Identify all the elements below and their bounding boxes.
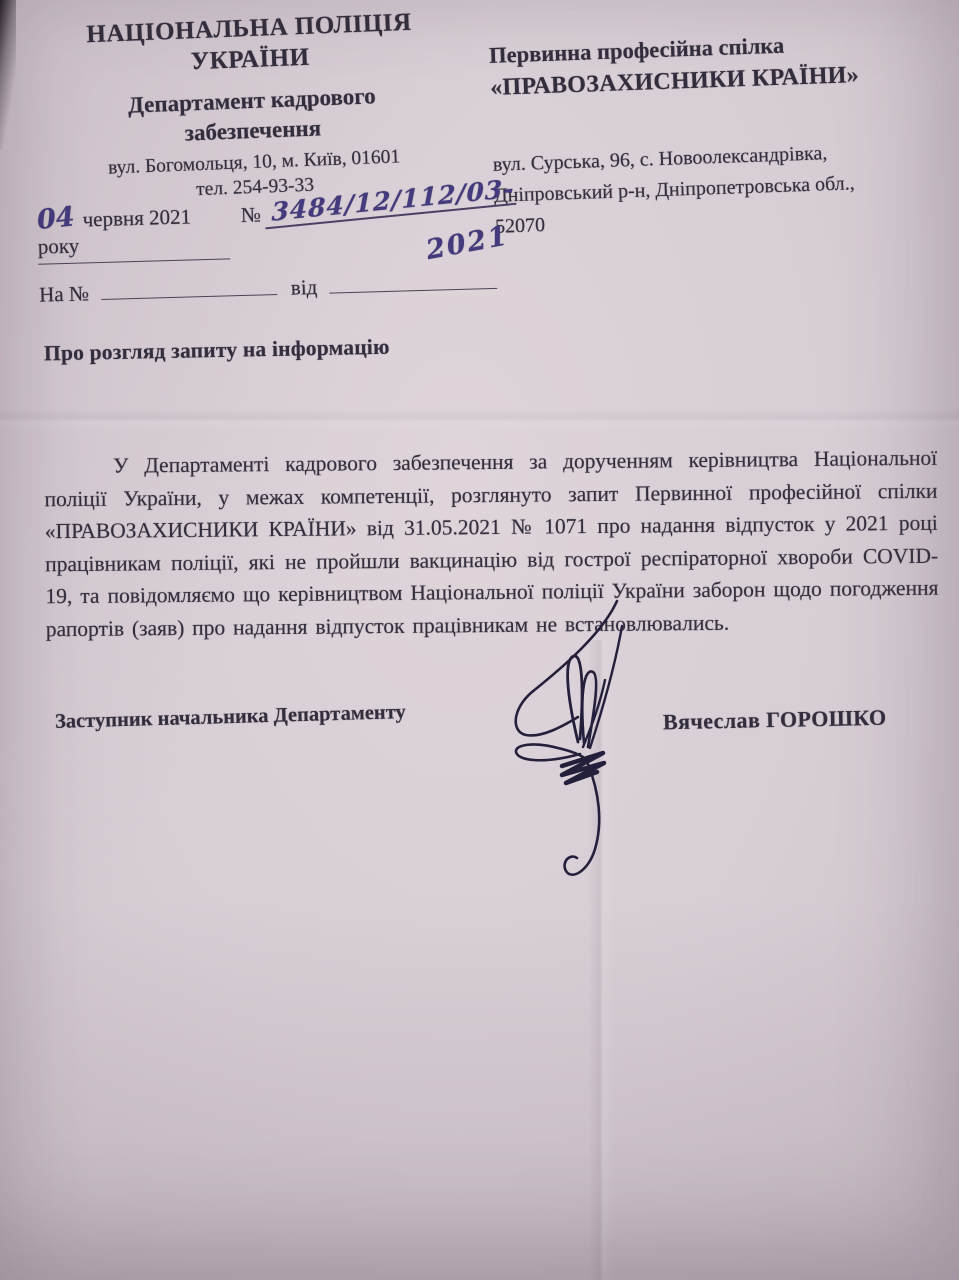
recipient-address: вул. Сурська, 96, с. Новоолександрівка, …	[492, 134, 947, 243]
number-sign: №	[241, 202, 262, 228]
reply-row: На № від	[39, 267, 520, 307]
document-photo: НАЦІОНАЛЬНА ПОЛІЦІЯ УКРАЇНИ Департамент …	[0, 0, 959, 1280]
reply-label: На №	[39, 281, 89, 307]
ink-signature	[462, 596, 690, 894]
reference-block: 04червня 2021 року № 3484/12/112/03- 202…	[37, 190, 520, 307]
letterhead-sender: НАЦІОНАЛЬНА ПОЛІЦІЯ УКРАЇНИ Департамент …	[37, 5, 468, 208]
reply-date-blank	[329, 268, 498, 294]
reply-number-blank	[101, 274, 278, 300]
signatory-title: Заступник начальника Департаменту	[55, 701, 406, 734]
reply-from-label: від	[291, 275, 318, 301]
date-group: 04червня 2021 року	[37, 198, 230, 264]
signatory-name: Вячеслав ГОРОШКО	[663, 705, 887, 736]
handwritten-day: 04	[36, 201, 76, 236]
photo-edge-shadow	[0, 0, 16, 150]
subject-line: Про розгляд запиту на інформацію	[44, 335, 390, 367]
letterhead-recipient: Первинна професійна спілка «ПРАВОЗАХИСНИ…	[489, 25, 948, 243]
paper-crease-horizontal	[0, 408, 959, 430]
